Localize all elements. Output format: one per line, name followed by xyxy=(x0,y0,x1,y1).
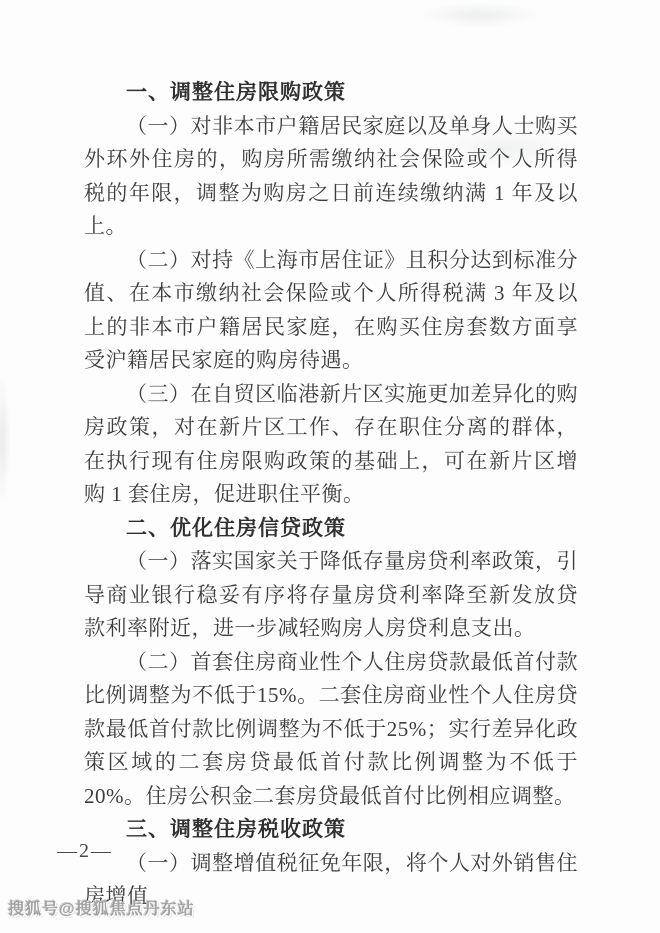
section-2-paragraph-1: （一）落实国家关于降低存量房贷利率政策，引导商业银行稳妥有序将存量房贷利率降至新… xyxy=(84,545,578,646)
section-1-paragraph-2: （二）对持《上海市居住证》且积分达到标准分值、在本市缴纳社会保险或个人所得税满 … xyxy=(84,244,578,378)
scan-artifact xyxy=(0,380,10,500)
document-content: 一、调整住房限购政策 （一）对非本市户籍居民家庭以及单身人士购买外环外住房的，购… xyxy=(84,76,578,914)
page-number: —2— xyxy=(57,840,113,863)
section-2-paragraph-2: （二）首套住房商业性个人住房贷款最低首付款比例调整为不低于15%。二套住房商业性… xyxy=(84,646,578,814)
section-1-paragraph-1: （一）对非本市户籍居民家庭以及单身人士购买外环外住房的，购房所需缴纳社会保险或个… xyxy=(84,110,578,244)
sohu-watermark: 搜狐号@搜狐焦点丹东站 xyxy=(8,896,195,919)
section-3-heading: 三、调整住房税收政策 xyxy=(84,813,578,847)
scan-artifact xyxy=(420,2,540,28)
section-1-paragraph-3: （三）在自贸区临港新片区实施更加差异化的购房政策，对在新片区工作、存在职住分离的… xyxy=(84,378,578,512)
section-1-heading: 一、调整住房限购政策 xyxy=(84,76,578,110)
section-2-heading: 二、优化住房信贷政策 xyxy=(84,512,578,546)
scanned-document-page: 一、调整住房限购政策 （一）对非本市户籍居民家庭以及单身人士购买外环外住房的，购… xyxy=(0,0,660,933)
